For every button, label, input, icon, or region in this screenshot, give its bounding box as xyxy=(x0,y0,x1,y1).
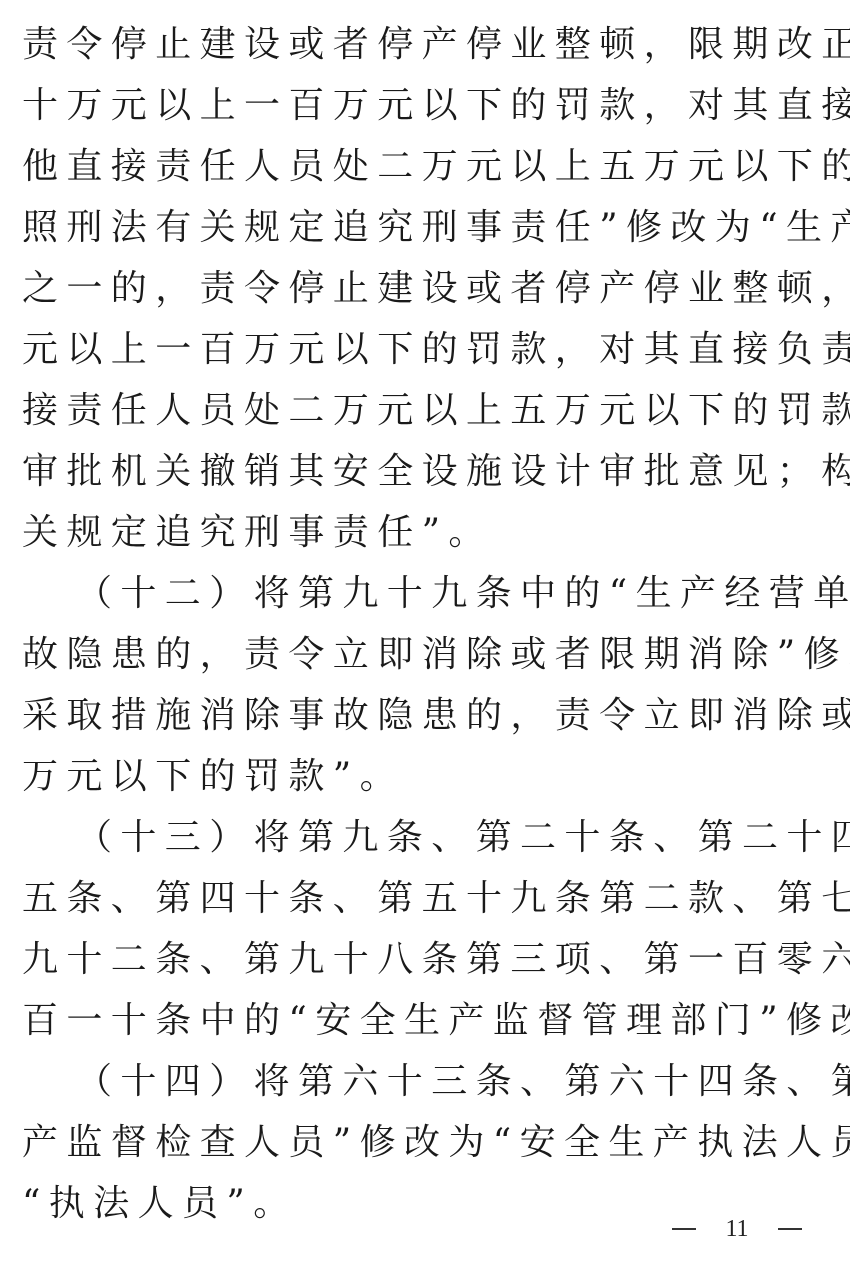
text-line: （十三）将第九条、第二十条、第二十四条、第二十七条、第三十 xyxy=(76,816,832,860)
text-line: 他直接责任人员处二万元以上五万元以下的罚款；构成犯罪的，依 xyxy=(22,145,832,189)
text-line: 十万元以上一百万元以下的罚款，对其直接负责的主管人员和其 xyxy=(22,84,832,128)
document-page: 责令停止建设或者停产停业整顿，限期改正；逾期未改正的，处五 十万元以上一百万元以… xyxy=(0,0,850,1285)
text-line: （十四）将第六十三条、第六十四条、第六十五条中的“安全生 xyxy=(76,1060,832,1104)
text-line: 故隐患的，责令立即消除或者限期消除”修改为“生产经营单位未 xyxy=(22,633,832,677)
text-line: 关规定追究刑事责任”。 xyxy=(22,511,832,555)
text-line: 照刑法有关规定追究刑事责任”修改为“生产经营单位有下列行为 xyxy=(22,206,832,250)
text-line: 产监督检查人员”修改为“安全生产执法人员”，“检查人员”修改为 xyxy=(22,1121,832,1165)
em-dash-right xyxy=(778,1228,802,1230)
text-line: （十二）将第九十九条中的“生产经营单位未采取措施消除事 xyxy=(76,572,832,616)
text-line: 责令停止建设或者停产停业整顿，限期改正；逾期未改正的，处五 xyxy=(22,23,832,67)
text-line: 万元以下的罚款”。 xyxy=(22,755,832,799)
em-dash-left xyxy=(672,1228,696,1230)
page-number-value: 11 xyxy=(725,1214,748,1244)
text-line: 采取措施消除事故隐患的，责令立即消除或者限期消除，可以处五 xyxy=(22,694,832,738)
text-line: 九十二条、第九十八条第三项、第一百零六条、第一百零九条、第一 xyxy=(22,938,832,982)
page-number: 11 xyxy=(672,1214,802,1244)
text-line: 百一十条中的“安全生产监督管理部门”修改为“应急管理部门”。 xyxy=(22,999,832,1043)
text-line: 接责任人员处二万元以上五万元以下的罚款；逾期未改正的，由原 xyxy=(22,389,832,433)
text-line: 五条、第四十条、第五十九条第二款、第七十三条、第八十六条、第 xyxy=(22,877,832,921)
text-line: 之一的，责令停止建设或者停产停业整顿，限期整改，并处五十万 xyxy=(22,267,832,311)
text-line: 审批机关撤销其安全设施设计审批意见；构成犯罪的，依照刑法有 xyxy=(22,450,832,494)
text-line: 元以上一百万元以下的罚款，对其直接负责的主管人员和其他直 xyxy=(22,328,832,372)
